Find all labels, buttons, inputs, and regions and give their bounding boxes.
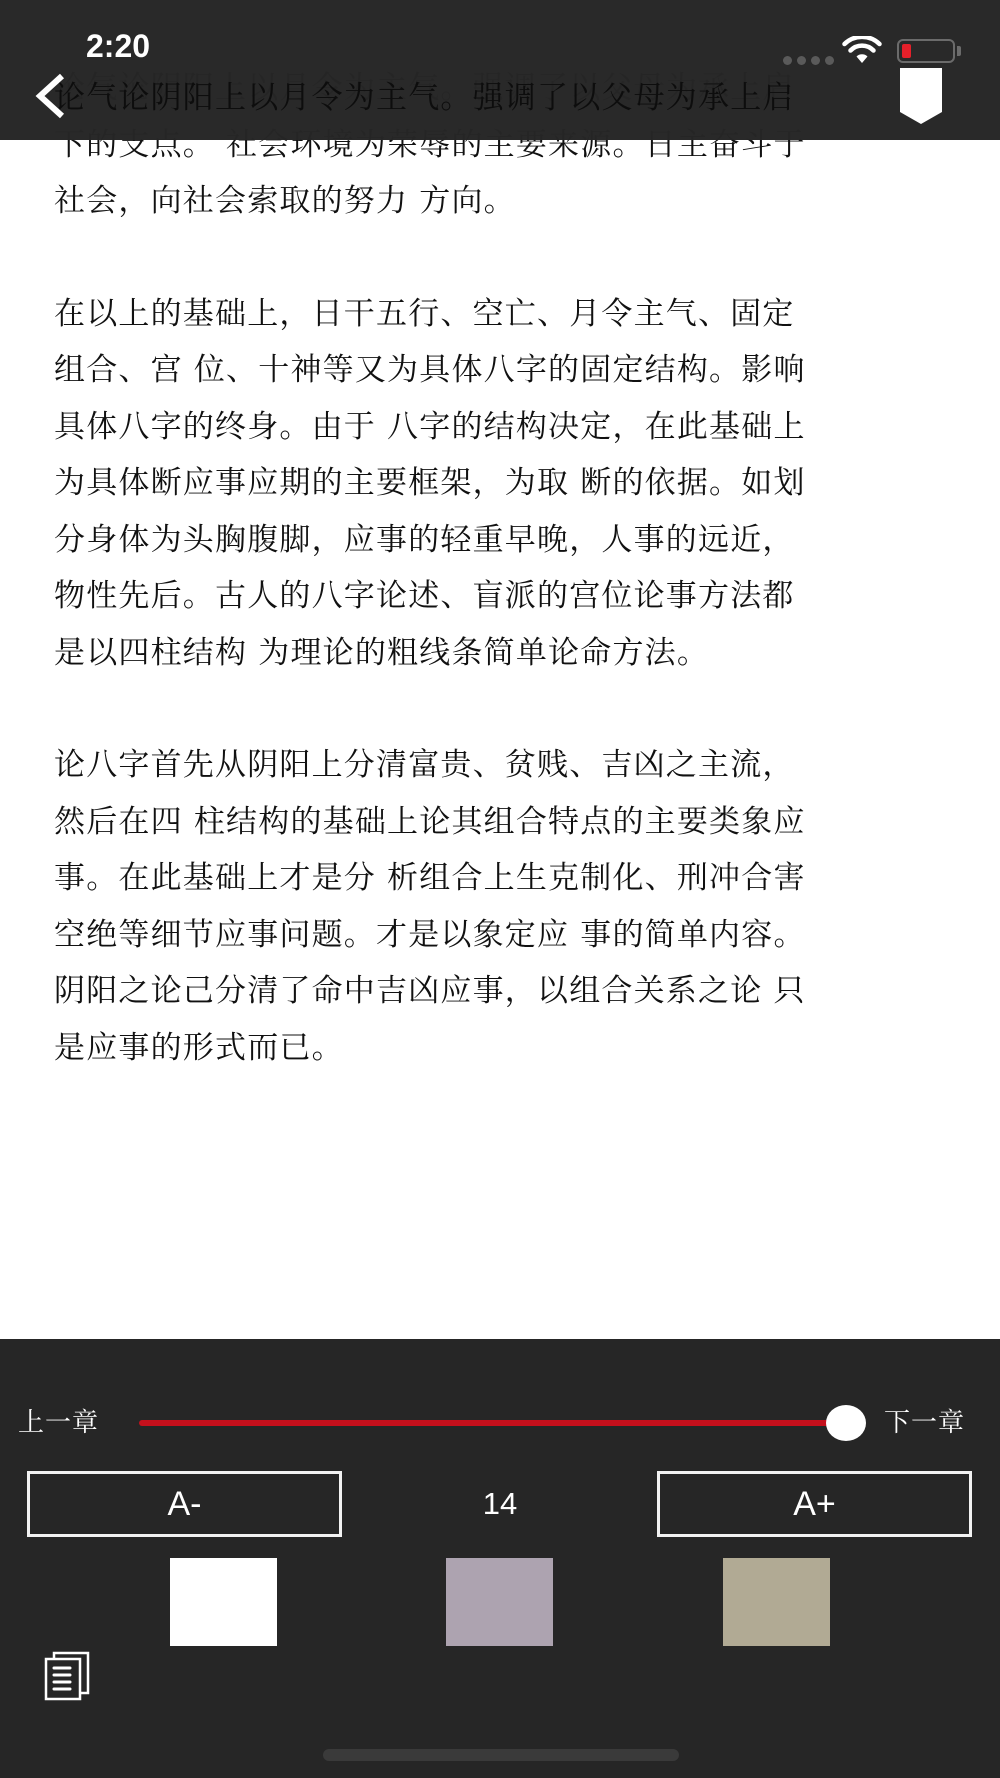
text-line: 阴阳之论己分清了命中吉凶应事，以组合关系之论 只 <box>54 963 946 1020</box>
slider-thumb[interactable] <box>826 1405 866 1441</box>
text-line: 然后在四 柱结构的基础上论其组合特点的主要类象应 <box>54 794 946 851</box>
chevron-left-icon <box>30 70 80 122</box>
text-line: 组合、宫 位、十神等又为具体八字的固定结构。影响 <box>54 342 946 399</box>
font-size-controls: A- 14 A+ <box>0 1471 1000 1537</box>
text-line: 物性先后。古人的八字论述、盲派的宫位论事方法都 <box>54 568 946 625</box>
bookmark-icon <box>900 68 942 124</box>
next-chapter-button[interactable]: 下一章 <box>884 1403 965 1443</box>
font-size-value: 14 <box>440 1471 560 1537</box>
text-line: 具体八字的终身。由于 八字的结构决定，在此基础上 <box>54 399 946 456</box>
chapter-progress-slider[interactable] <box>139 1420 849 1426</box>
chapter-navigation: 上一章 下一章 <box>0 1403 1000 1443</box>
text-line: 是以四柱结构 为理论的粗线条简单论命方法。 <box>54 625 946 682</box>
wifi-icon <box>842 36 882 64</box>
text-line: 事。在此基础上才是分 析组合上生克制化、刑冲合害 <box>54 850 946 907</box>
text-line: 论八字首先从阴阳上分清富贵、贫贱、吉凶之主流， <box>54 737 946 794</box>
text-line: 为具体断应事应期的主要框架，为取 断的依据。如划 <box>54 455 946 512</box>
reader-settings-panel: 上一章 下一章 A- 14 A+ <box>0 1339 1000 1778</box>
theme-swatch-white[interactable] <box>170 1558 277 1646</box>
font-decrease-button[interactable]: A- <box>27 1471 342 1537</box>
home-indicator[interactable] <box>323 1749 679 1761</box>
top-bar: 论气论阴阳上以月令为主气。强调了以父母为承上启 2:20 <box>0 0 1000 140</box>
text-line-behind-header: 论气论阴阳上以月令为主气。强调了以父母为承上启 <box>54 72 795 117</box>
paragraph: 在以上的基础上，日干五行、空亡、月令主气、固定 组合、宫 位、十神等又为具体八字… <box>54 286 946 682</box>
text-line: 分身体为头胸腹脚，应事的轻重早晚，人事的远近， <box>54 512 946 569</box>
back-button[interactable] <box>30 70 80 122</box>
text-line: 是应事的形式而已。 <box>54 1020 946 1077</box>
table-of-contents-button[interactable] <box>42 1651 92 1701</box>
bookmark-button[interactable] <box>900 68 942 124</box>
status-time: 2:20 <box>86 28 150 65</box>
battery-level <box>902 44 911 58</box>
font-increase-button[interactable]: A+ <box>657 1471 972 1537</box>
battery-tip <box>957 46 961 56</box>
theme-swatch-lavender[interactable] <box>446 1558 553 1646</box>
theme-color-picker <box>0 1558 1000 1646</box>
text-line: 空绝等细节应事问题。才是以象定应 事的简单内容。 <box>54 907 946 964</box>
reading-content: 论气论阴阳上以月令为主气。强调了以父母为承上启 下的支点。 社会环境为荣辱的主要… <box>0 60 1000 1132</box>
theme-swatch-khaki[interactable] <box>723 1558 830 1646</box>
paragraph: 论八字首先从阴阳上分清富贵、贫贱、吉凶之主流， 然后在四 柱结构的基础上论其组合… <box>54 737 946 1076</box>
prev-chapter-button[interactable]: 上一章 <box>18 1403 99 1443</box>
battery-icon <box>897 39 955 63</box>
text-line: 社会，向社会索取的努力 方向。 <box>54 173 946 230</box>
cellular-signal-icon <box>783 56 834 65</box>
table-of-contents-icon <box>42 1651 92 1701</box>
text-line: 在以上的基础上，日干五行、空亡、月令主气、固定 <box>54 286 946 343</box>
